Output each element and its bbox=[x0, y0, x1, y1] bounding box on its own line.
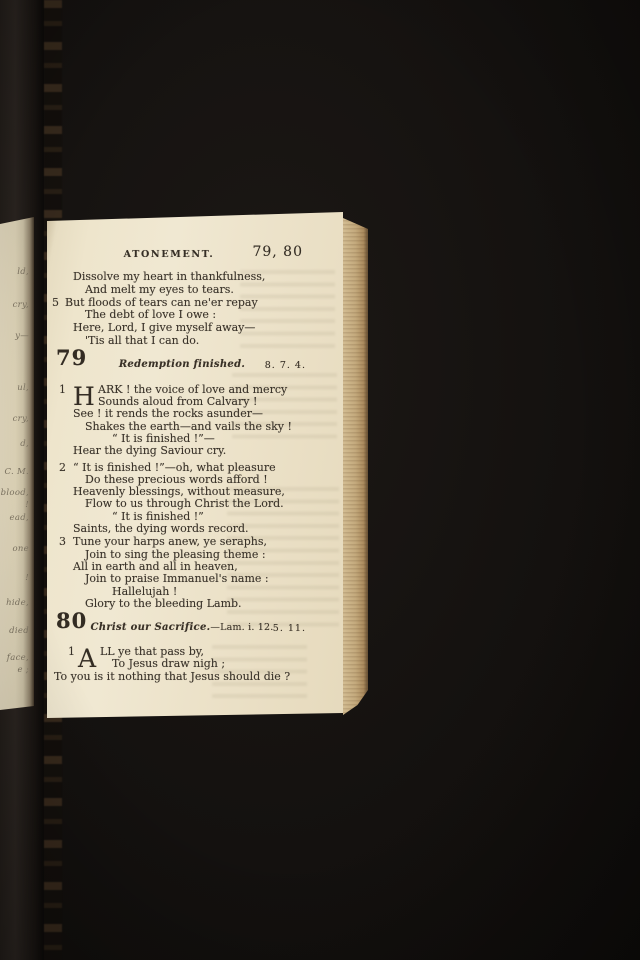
hymn-79-verse-1: 1HARK ! the voice of love and mercy Soun… bbox=[54, 384, 310, 458]
left-page-text-fragment: ! bbox=[25, 573, 29, 583]
left-page-text-fragment: cry, bbox=[13, 300, 29, 310]
hymn-79-verse-3: 3Tune your harps anew, ye seraphs, Join … bbox=[54, 536, 310, 610]
hymn-79: 79 Redemption finished. 8. 7. 4. 1HARK !… bbox=[54, 354, 310, 610]
hymn-80: 80 Christ our Sacrifice.—Lam. i. 12. 5. … bbox=[54, 617, 310, 683]
left-page-text-fragment: ul, bbox=[17, 383, 29, 393]
left-page-text-fragment: ead, bbox=[10, 513, 29, 523]
continued-stanza: Dissolve my heart in thankfulness, And m… bbox=[54, 271, 310, 348]
left-page-text-fragment: y— bbox=[15, 331, 29, 341]
verse-number: 3 bbox=[59, 536, 66, 548]
page-numbers: 79, 80 bbox=[252, 246, 303, 259]
page-header: ATONEMENT. 79, 80 bbox=[54, 249, 310, 264]
verse-line: Flow to us through Christ the Lord. bbox=[54, 498, 310, 510]
book-photo: ld, cry, y— ul, cry, d, C. M. blood, ! e… bbox=[0, 0, 640, 960]
hymn-meter: 8. 7. 4. bbox=[265, 360, 306, 373]
hymnal-page: ATONEMENT. 79, 80 Dissolve my heart in t… bbox=[47, 212, 343, 718]
verse-number: 2 bbox=[59, 462, 66, 474]
verse-line: To Jesus draw nigh ; bbox=[54, 658, 310, 670]
left-page-text-fragment: d, bbox=[20, 439, 29, 449]
verse-line: 3Tune your harps anew, ye seraphs, bbox=[54, 536, 310, 548]
hymn-80-heading: 80 Christ our Sacrifice.—Lam. i. 12. 5. … bbox=[54, 617, 310, 640]
hymn-title: Christ our Sacrifice. bbox=[90, 622, 210, 633]
verse-line: Join to praise Immanuel's name : bbox=[54, 573, 310, 585]
hymn-scripture-reference: —Lam. i. 12. bbox=[210, 622, 273, 633]
verse-line: To you is it nothing that Jesus should d… bbox=[54, 671, 310, 683]
left-page-text-fragment: cry, bbox=[13, 414, 29, 424]
verse-line: Dissolve my heart in thankfulness, bbox=[54, 271, 310, 284]
left-page-text-fragment: one bbox=[12, 544, 29, 554]
hymn-title: Redemption finished. bbox=[119, 359, 245, 370]
hymn-80-verse-1: 1ALL ye that pass by, To Jesus draw nigh… bbox=[54, 646, 310, 683]
left-page-text-fragment: ld, bbox=[17, 267, 29, 277]
verse-line: 'Tis all that I can do. bbox=[54, 335, 310, 348]
verse-number: 5 bbox=[52, 297, 59, 310]
hymn-meter: 5. 11. bbox=[273, 623, 306, 636]
hymn-79-verse-2: 2“ It is finished !”—oh, what pleasure D… bbox=[54, 462, 310, 536]
page-text-column: ATONEMENT. 79, 80 Dissolve my heart in t… bbox=[54, 212, 310, 683]
left-page-meter-fragment: C. M. bbox=[4, 467, 29, 477]
verse-line: 2“ It is finished !”—oh, what pleasure bbox=[54, 462, 310, 474]
left-page-text-fragment: blood, bbox=[1, 488, 29, 498]
left-page-text-fragment: hide, bbox=[6, 598, 29, 608]
book-fore-edge-pages bbox=[343, 212, 368, 715]
verse-number: 1 bbox=[68, 646, 75, 658]
verse-line: Glory to the bleeding Lamb. bbox=[54, 598, 310, 610]
running-title: ATONEMENT. bbox=[54, 249, 284, 262]
left-page-text-fragment: ! bbox=[25, 500, 29, 510]
verse-line: See ! it rends the rocks asunder— bbox=[54, 408, 310, 420]
left-page-text-fragment: face, bbox=[7, 653, 29, 663]
verse-line: Hear the dying Saviour cry. bbox=[54, 445, 310, 457]
verse-line: Hallelujah ! bbox=[54, 586, 310, 598]
hymn-79-heading: 79 Redemption finished. 8. 7. 4. bbox=[54, 354, 310, 377]
facing-page-edge: ld, cry, y— ul, cry, d, C. M. blood, ! e… bbox=[0, 217, 34, 710]
left-page-text-fragment: e ; bbox=[18, 665, 30, 675]
verse-number: 1 bbox=[59, 384, 66, 396]
left-page-text-fragment: died bbox=[9, 626, 29, 636]
verse-line: Saints, the dying words record. bbox=[54, 523, 310, 535]
